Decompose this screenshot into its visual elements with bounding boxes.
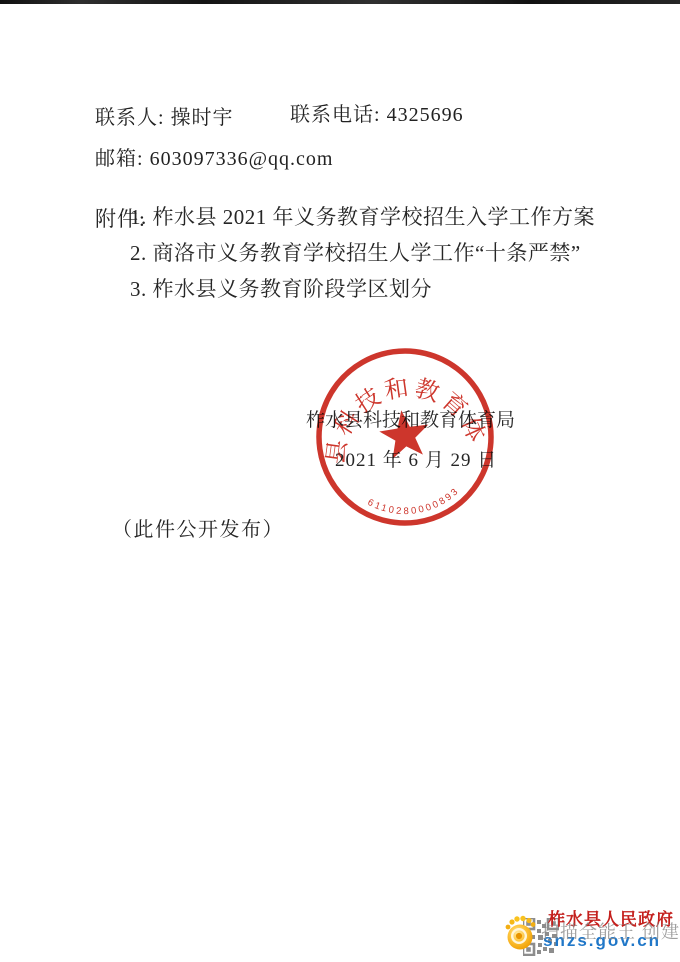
scan-top-edge bbox=[0, 0, 680, 4]
attachment-item-3: 3. 柞水县义务教育阶段学区划分 bbox=[130, 273, 432, 303]
contact-phone-label: 联系电话: bbox=[290, 104, 381, 126]
seal-graphic: 柞水县科技和教育体育局 6110280000893 bbox=[309, 341, 501, 533]
public-release-note: （此件公开发布） bbox=[112, 513, 284, 542]
gov-logo-icon bbox=[504, 910, 540, 962]
scanner-watermark: 扫描全能王 创建 bbox=[541, 918, 680, 944]
contact-email-label: 邮箱: bbox=[95, 148, 144, 170]
contact-person-line: 联系人: 操时宇 bbox=[95, 101, 234, 130]
seal-star-icon bbox=[377, 407, 432, 460]
attachment-item-1: 1. 柞水县 2021 年义务教育学校招生入学工作方案 bbox=[130, 201, 595, 231]
contact-phone-line: 联系电话: 4325696 bbox=[290, 98, 464, 127]
svg-text:柞水县科技和教育体育局: 柞水县科技和教育体育局 bbox=[309, 341, 493, 473]
contact-email-line: 邮箱: 603097336@qq.com bbox=[95, 142, 333, 171]
scanned-document-page: 联系人: 操时宇 联系电话: 4325696 邮箱: 603097336@qq.… bbox=[0, 0, 680, 962]
seal-arc-text: 柞水县科技和教育体育局 bbox=[309, 341, 493, 473]
contact-person-label: 联系人: bbox=[95, 107, 165, 129]
attachment-item-2: 2. 商洛市义务教育学校招生人学工作“十条严禁” bbox=[130, 237, 581, 267]
official-seal: 柞水县科技和教育体育局 6110280000893 bbox=[309, 341, 501, 533]
contact-email-value: 603097336@qq.com bbox=[150, 148, 334, 170]
contact-person-name: 操时宇 bbox=[171, 107, 234, 129]
contact-phone-number: 4325696 bbox=[387, 104, 464, 126]
